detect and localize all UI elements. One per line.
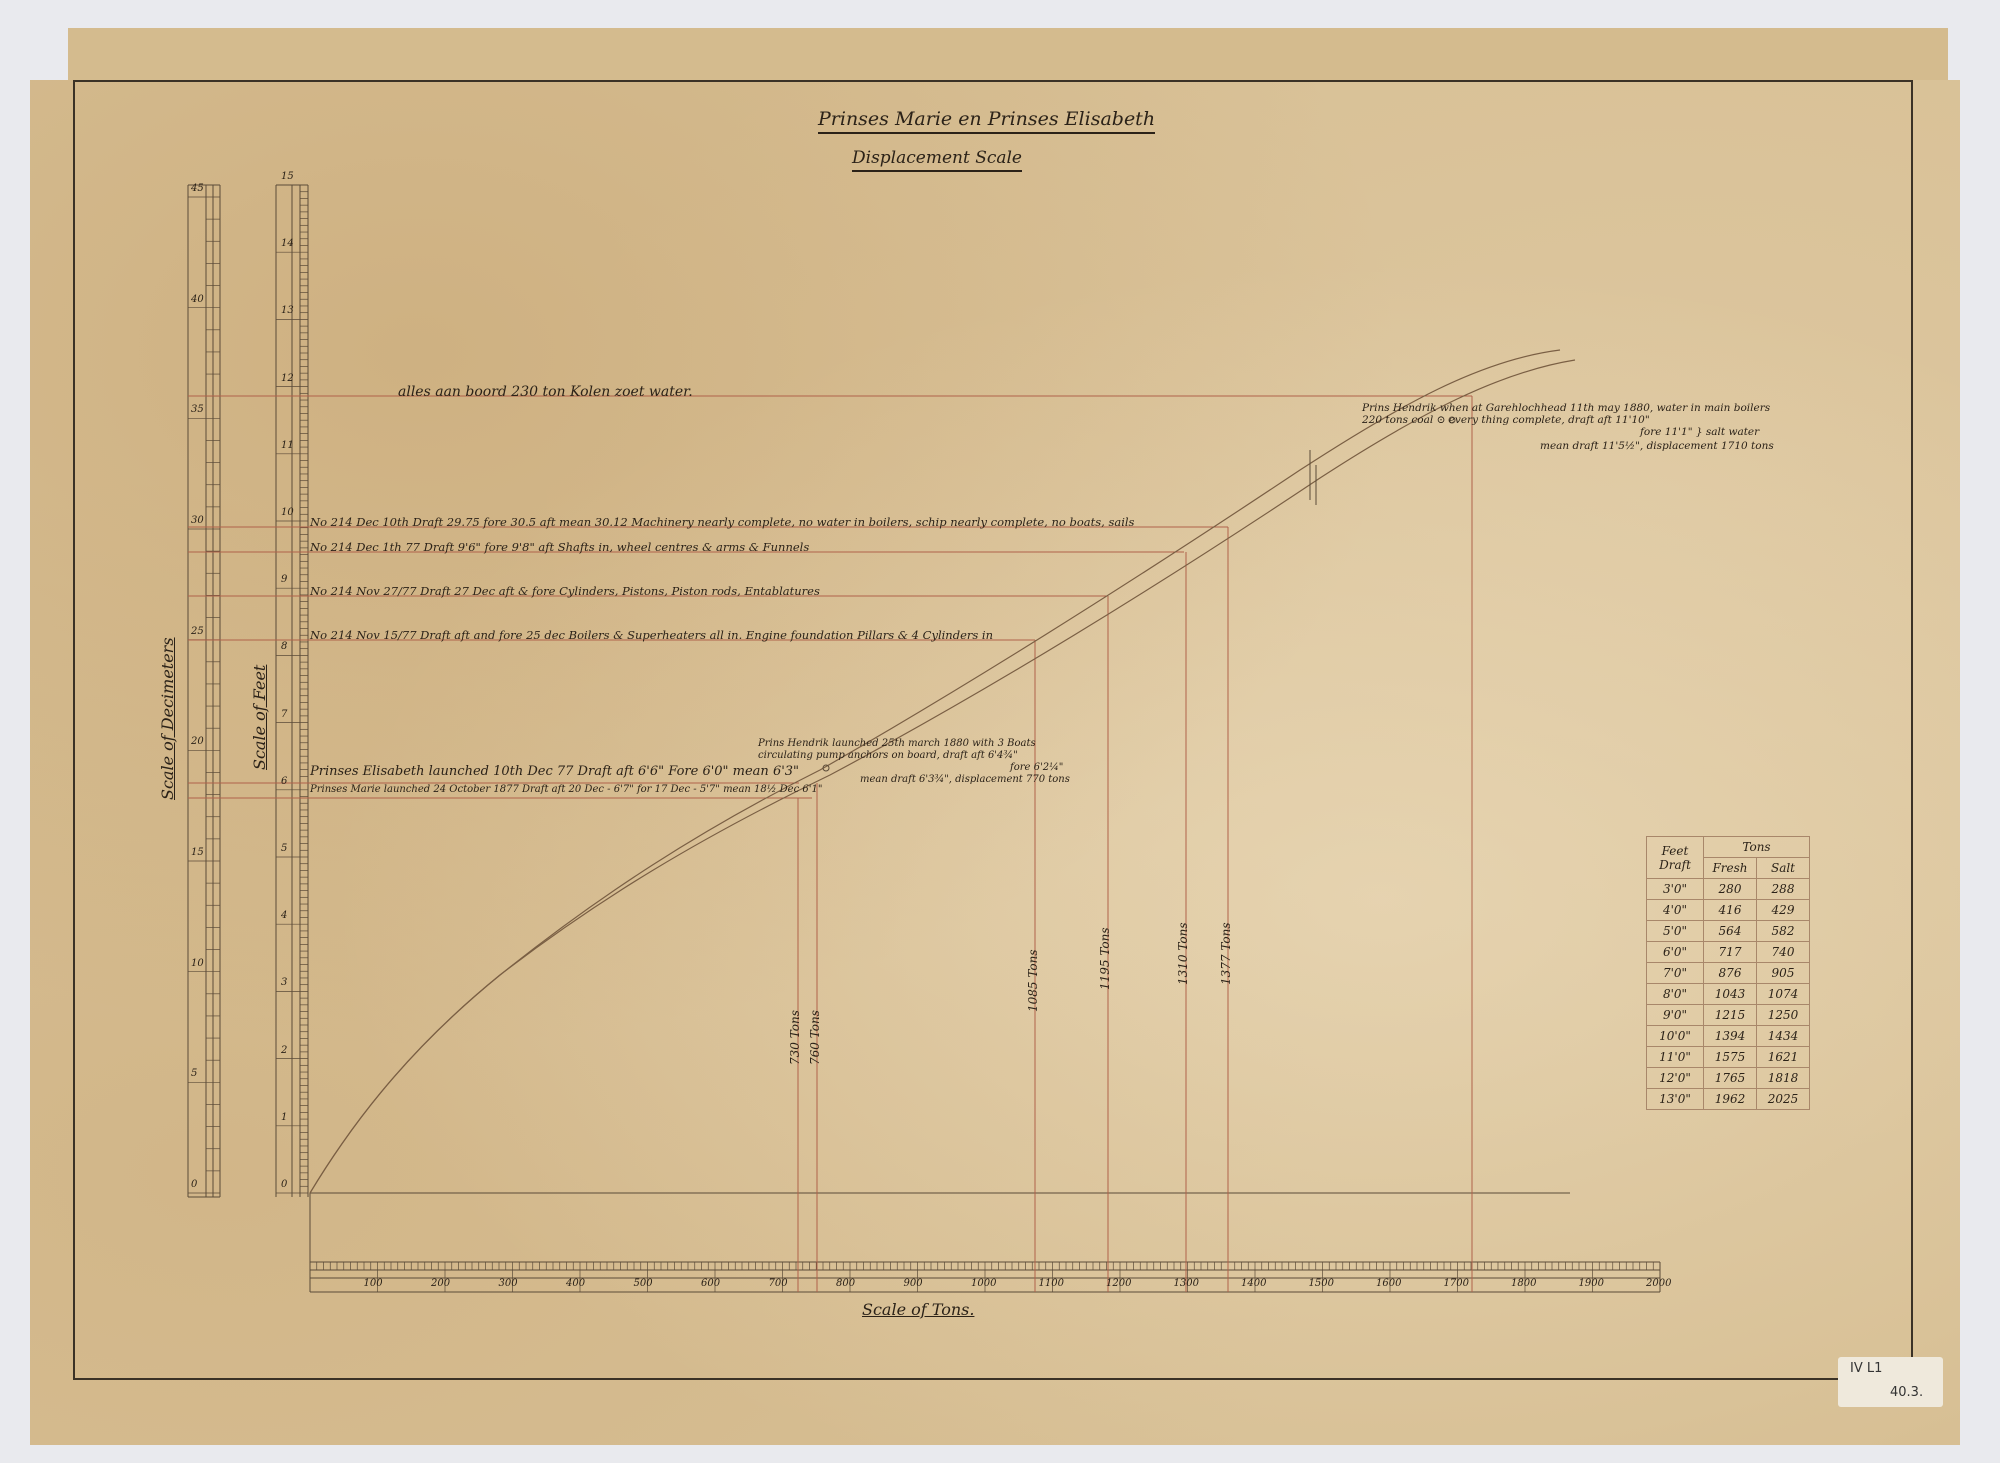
table-cell-draft: 5'0" — [1647, 921, 1704, 942]
x-tick-label: 700 — [769, 1278, 788, 1289]
table-row: 11'0"15751621 — [1647, 1047, 1810, 1068]
x-tick-label: 1900 — [1579, 1278, 1604, 1289]
feet-tick-label: 3 — [281, 977, 287, 988]
table-cell-draft: 9'0" — [1647, 1005, 1704, 1026]
x-tick-label: 100 — [364, 1278, 383, 1289]
chart-title: Prinses Marie en Prinses Elisabeth — [818, 108, 1155, 134]
marker-1377-tons: 1377 Tons — [1219, 922, 1233, 985]
table-cell-draft: 3'0" — [1647, 879, 1704, 900]
marker-730-tons: 730 Tons — [788, 1010, 802, 1065]
feet-tick-label: 10 — [281, 507, 294, 518]
feet-tick-label: 6 — [281, 776, 287, 787]
table-cell-draft: 12'0" — [1647, 1068, 1704, 1089]
x-tick-label: 800 — [836, 1278, 855, 1289]
feet-tick-label: 0 — [281, 1179, 287, 1190]
table-cell-draft: 8'0" — [1647, 984, 1704, 1005]
table-cell-fresh: 564 — [1704, 921, 1757, 942]
x-tick-label: 500 — [634, 1278, 653, 1289]
table-row: 12'0"17651818 — [1647, 1068, 1810, 1089]
decimeter-tick-label: 30 — [191, 515, 204, 526]
x-axis-title: Scale of Tons. — [862, 1300, 974, 1319]
annotation-hendrik-gare-1: Prins Hendrik when at Garehlochhead 11th… — [1362, 402, 1770, 414]
annotation-hendrik-launch-2: circulating pump anchors on board, draft… — [758, 750, 1018, 761]
marker-1310-tons: 1310 Tons — [1176, 922, 1190, 985]
annotation-hendrik-launch-3: fore 6'2¼" — [1010, 762, 1063, 773]
table-cell-salt: 1818 — [1757, 1068, 1810, 1089]
archive-label: IV L1 40.3. — [1838, 1357, 1943, 1407]
decimeter-tick-label: 15 — [191, 847, 204, 858]
table-cell-fresh: 1215 — [1704, 1005, 1757, 1026]
table-row: 7'0"876905 — [1647, 963, 1810, 984]
x-tick-label: 200 — [431, 1278, 450, 1289]
decimeter-tick-label: 40 — [191, 294, 204, 305]
table-row: 8'0"10431074 — [1647, 984, 1810, 1005]
x-tick-label: 1300 — [1174, 1278, 1199, 1289]
table-row: 5'0"564582 — [1647, 921, 1810, 942]
marker-1195-tons: 1195 Tons — [1098, 927, 1112, 990]
feet-tick-label: 8 — [281, 641, 287, 652]
col-header-draft: Feet Draft — [1647, 837, 1704, 879]
table-cell-draft: 7'0" — [1647, 963, 1704, 984]
col-header-salt: Salt — [1757, 858, 1810, 879]
col-header-fresh: Fresh — [1704, 858, 1757, 879]
feet-axis-title: Scale of Feet — [250, 665, 269, 770]
drop-lines — [798, 396, 1472, 1292]
annotation-elisabeth-launch: Prinses Elisabeth launched 10th Dec 77 D… — [310, 764, 799, 779]
x-tick-label: 300 — [499, 1278, 518, 1289]
table-row: 6'0"717740 — [1647, 942, 1810, 963]
feet-tick-label: 5 — [281, 843, 287, 854]
decimeter-tick-label: 45 — [191, 183, 204, 194]
table-cell-salt: 429 — [1757, 900, 1810, 921]
annotation-hendrik-launch-4: mean draft 6'3¾", displacement 770 tons — [860, 774, 1070, 785]
table-cell-draft: 6'0" — [1647, 942, 1704, 963]
archive-label-line1: IV L1 — [1850, 1361, 1882, 1376]
x-tick-label: 1100 — [1039, 1278, 1064, 1289]
table-cell-salt: 1621 — [1757, 1047, 1810, 1068]
table-cell-fresh: 1962 — [1704, 1089, 1757, 1110]
annotation-nov27: No 214 Nov 27/77 Draft 27 Dec aft & fore… — [310, 584, 820, 598]
decimeter-tick-label: 0 — [191, 1179, 197, 1190]
table-cell-salt: 1250 — [1757, 1005, 1810, 1026]
decimeter-ruler — [188, 185, 220, 1197]
table-cell-salt: 1074 — [1757, 984, 1810, 1005]
x-tick-label: 2000 — [1646, 1278, 1671, 1289]
feet-tick-label: 9 — [281, 574, 287, 585]
x-tick-label: 1700 — [1444, 1278, 1469, 1289]
table-cell-draft: 4'0" — [1647, 900, 1704, 921]
displacement-chart — [0, 0, 2000, 1463]
table-cell-fresh: 1394 — [1704, 1026, 1757, 1047]
feet-tick-label: 7 — [281, 709, 287, 720]
marker-760-tons: 760 Tons — [808, 1010, 822, 1065]
table-cell-draft: 13'0" — [1647, 1089, 1704, 1110]
annotation-dec10: No 214 Dec 10th Draft 29.75 fore 30.5 af… — [310, 515, 1134, 529]
annotation-hendrik-launch-1: Prins Hendrik launched 25th march 1880 w… — [758, 738, 1036, 749]
table-row: 9'0"12151250 — [1647, 1005, 1810, 1026]
table-cell-fresh: 416 — [1704, 900, 1757, 921]
feet-tick-label: 14 — [281, 238, 294, 249]
x-tick-label: 900 — [904, 1278, 923, 1289]
x-tick-label: 1600 — [1376, 1278, 1401, 1289]
feet-tick-label: 12 — [281, 373, 294, 384]
feet-tick-label: 15 — [281, 171, 294, 182]
table-cell-salt: 582 — [1757, 921, 1810, 942]
annotation-alles-aan-boord: alles aan boord 230 ton Kolen zoet water… — [398, 384, 693, 400]
table-cell-fresh: 1575 — [1704, 1047, 1757, 1068]
table-cell-salt: 288 — [1757, 879, 1810, 900]
table-row: 10'0"13941434 — [1647, 1026, 1810, 1047]
table-cell-fresh: 876 — [1704, 963, 1757, 984]
table-cell-draft: 10'0" — [1647, 1026, 1704, 1047]
table-row: 13'0"19622025 — [1647, 1089, 1810, 1110]
feet-tick-label: 11 — [281, 440, 294, 451]
decimeter-tick-label: 35 — [191, 404, 204, 415]
annotation-marie-launch: Prinses Marie launched 24 October 1877 D… — [310, 784, 822, 795]
table-cell-fresh: 280 — [1704, 879, 1757, 900]
table-row: 4'0"416429 — [1647, 900, 1810, 921]
x-tick-label: 600 — [701, 1278, 720, 1289]
annotation-hendrik-gare-2: 220 tons coal ⊙ every thing complete, dr… — [1362, 414, 1650, 426]
col-header-tons: Tons — [1704, 837, 1810, 858]
table-cell-fresh: 1043 — [1704, 984, 1757, 1005]
table-cell-salt: 740 — [1757, 942, 1810, 963]
table-cell-draft: 11'0" — [1647, 1047, 1704, 1068]
table-cell-salt: 905 — [1757, 963, 1810, 984]
archive-label-line2: 40.3. — [1890, 1385, 1923, 1400]
annotation-dec1: No 214 Dec 1th 77 Draft 9'6" fore 9'8" a… — [310, 540, 809, 554]
displacement-table: Feet Draft Tons Fresh Salt 3'0"2802884'0… — [1646, 836, 1810, 1110]
decimeter-tick-label: 5 — [191, 1068, 197, 1079]
x-tick-label: 1200 — [1106, 1278, 1131, 1289]
x-tick-label: 1400 — [1241, 1278, 1266, 1289]
annotation-nov15: No 214 Nov 15/77 Draft aft and fore 25 d… — [310, 628, 993, 642]
table-cell-salt: 2025 — [1757, 1089, 1810, 1110]
marker-1085-tons: 1085 Tons — [1026, 949, 1040, 1012]
decimeter-axis-title: Scale of Decimeters — [158, 637, 177, 800]
table-row: 3'0"280288 — [1647, 879, 1810, 900]
x-tick-label: 1500 — [1309, 1278, 1334, 1289]
table-cell-salt: 1434 — [1757, 1026, 1810, 1047]
annotation-hendrik-gare-3: fore 11'1" } salt water — [1640, 426, 1759, 438]
table-cell-fresh: 717 — [1704, 942, 1757, 963]
decimeter-tick-label: 10 — [191, 958, 204, 969]
x-tick-label: 400 — [566, 1278, 585, 1289]
x-tick-label: 1000 — [971, 1278, 996, 1289]
feet-tick-label: 13 — [281, 305, 294, 316]
chart-subtitle: Displacement Scale — [852, 148, 1022, 172]
decimeter-tick-label: 20 — [191, 736, 204, 747]
feet-tick-label: 1 — [281, 1112, 287, 1123]
feet-tick-label: 2 — [281, 1045, 287, 1056]
table-cell-fresh: 1765 — [1704, 1068, 1757, 1089]
decimeter-tick-label: 25 — [191, 626, 204, 637]
x-tick-label: 1800 — [1511, 1278, 1536, 1289]
feet-tick-label: 4 — [281, 910, 287, 921]
annotation-hendrik-gare-4: mean draft 11'5½", displacement 1710 ton… — [1540, 440, 1774, 452]
